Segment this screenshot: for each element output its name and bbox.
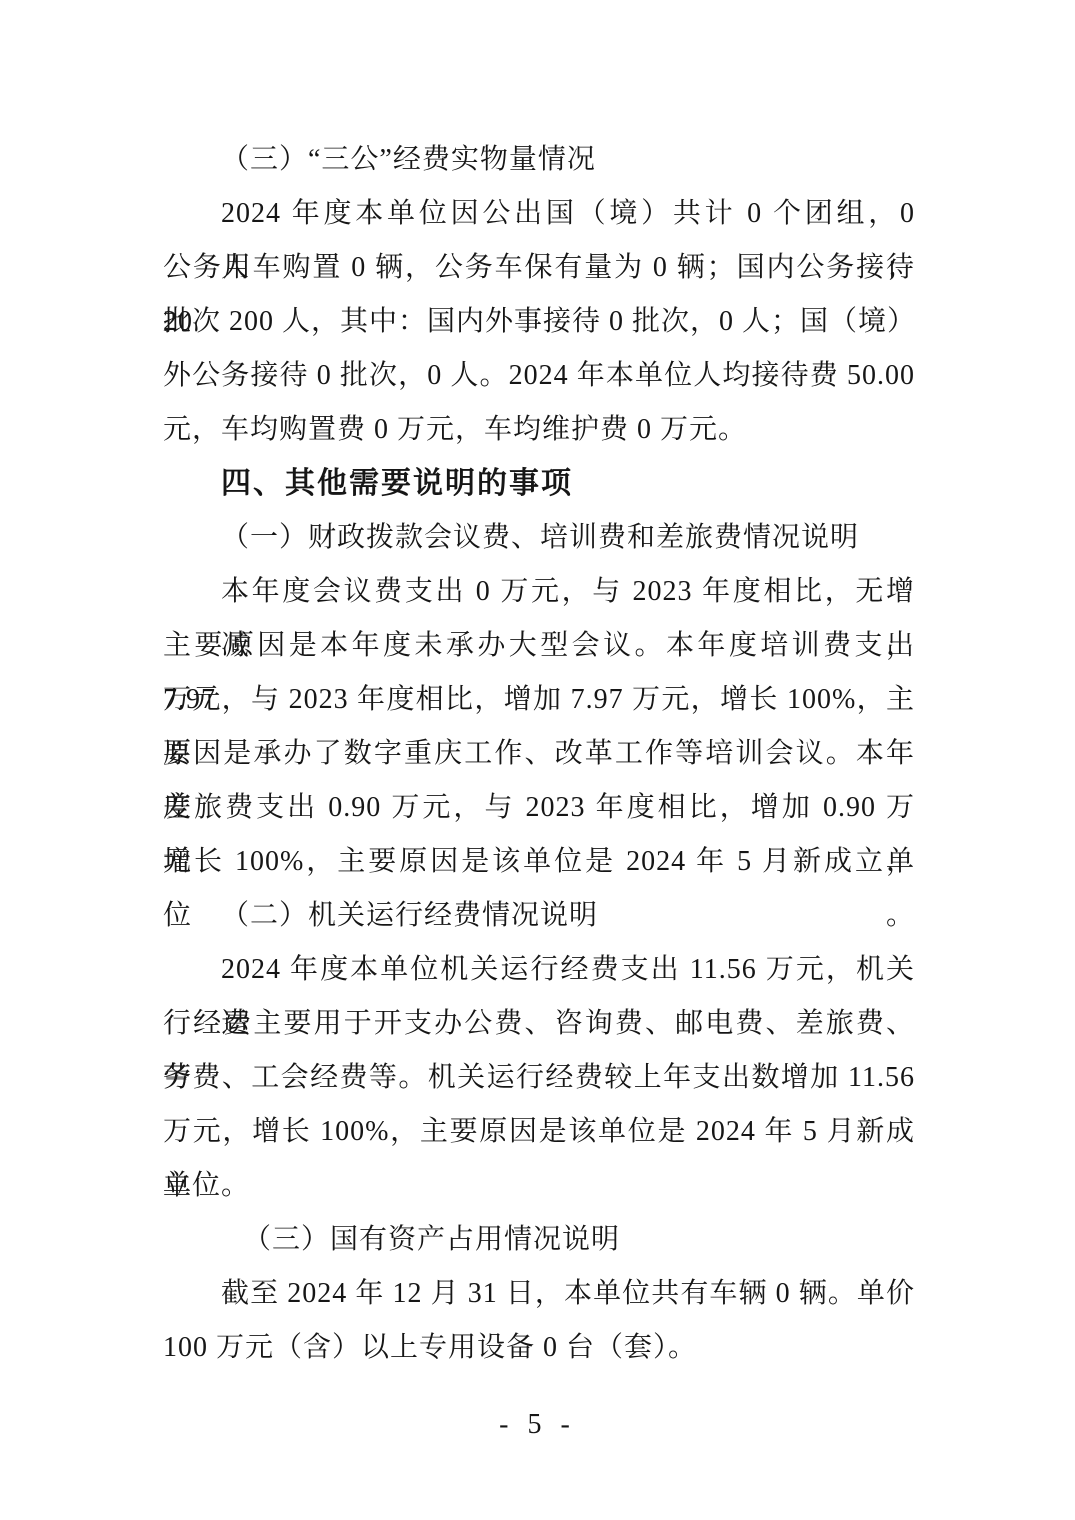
paragraph-line: 差旅费支出 0.90 万元，与 2023 年度相比，增加 0.90 万元，	[163, 781, 915, 835]
paragraph-line: 2024 年度本单位机关运行经费支出 11.56 万元，机关运	[163, 943, 915, 997]
document-page: （三）“三公”经费实物量情况 2024 年度本单位因公出国（境）共计 0 个团组…	[0, 0, 1075, 1520]
section-heading-other-items: 四、其他需要说明的事项	[163, 457, 915, 511]
paragraph-line: 批次 200 人，其中：国内外事接待 0 批次，0 人；国（境）	[163, 295, 915, 349]
paragraph-line: 万元，增长 100%，主要原因是该单位是 2024 年 5 月新成立	[163, 1105, 915, 1159]
paragraph-line: 外公务接待 0 批次，0 人。2024 年本单位人均接待费 50.00	[163, 349, 915, 403]
paragraph-line: 行经费主要用于开支办公费、咨询费、邮电费、差旅费、劳	[163, 997, 915, 1051]
paragraph-line: 截至 2024 年 12 月 31 日，本单位共有车辆 0 辆。单价	[163, 1267, 915, 1321]
subsection-heading-sangong: （三）“三公”经费实物量情况	[163, 133, 915, 187]
subsection-heading-state-assets: （三）国有资产占用情况说明	[163, 1213, 915, 1267]
paragraph-line: 元，车均购置费 0 万元，车均维护费 0 万元。	[163, 403, 915, 457]
paragraph-line: 单位。	[163, 1159, 915, 1213]
page-number: - 5 -	[0, 1398, 1075, 1452]
paragraph-line: 万元，与 2023 年度相比，增加 7.97 万元，增长 100%，主要	[163, 673, 915, 727]
document-body: （三）“三公”经费实物量情况 2024 年度本单位因公出国（境）共计 0 个团组…	[163, 133, 915, 1375]
subsection-heading-fees: （一）财政拨款会议费、培训费和差旅费情况说明	[163, 511, 915, 565]
paragraph-line: 增长 100%，主要原因是该单位是 2024 年 5 月新成立单位。	[163, 835, 915, 889]
paragraph-line: 务费、工会经费等。机关运行经费较上年支出数增加 11.56	[163, 1051, 915, 1105]
paragraph-line: 本年度会议费支出 0 万元，与 2023 年度相比，无增减，	[163, 565, 915, 619]
paragraph-line: 主要原因是本年度未承办大型会议。本年度培训费支出 7.97	[163, 619, 915, 673]
paragraph-line: 100 万元（含）以上专用设备 0 台（套）。	[163, 1321, 915, 1375]
paragraph-line: 原因是承办了数字重庆工作、改革工作等培训会议。本年度	[163, 727, 915, 781]
paragraph-line: 公务用车购置 0 辆，公务车保有量为 0 辆；国内公务接待 20	[163, 241, 915, 295]
paragraph-line: 2024 年度本单位因公出国（境）共计 0 个团组，0 人；	[163, 187, 915, 241]
